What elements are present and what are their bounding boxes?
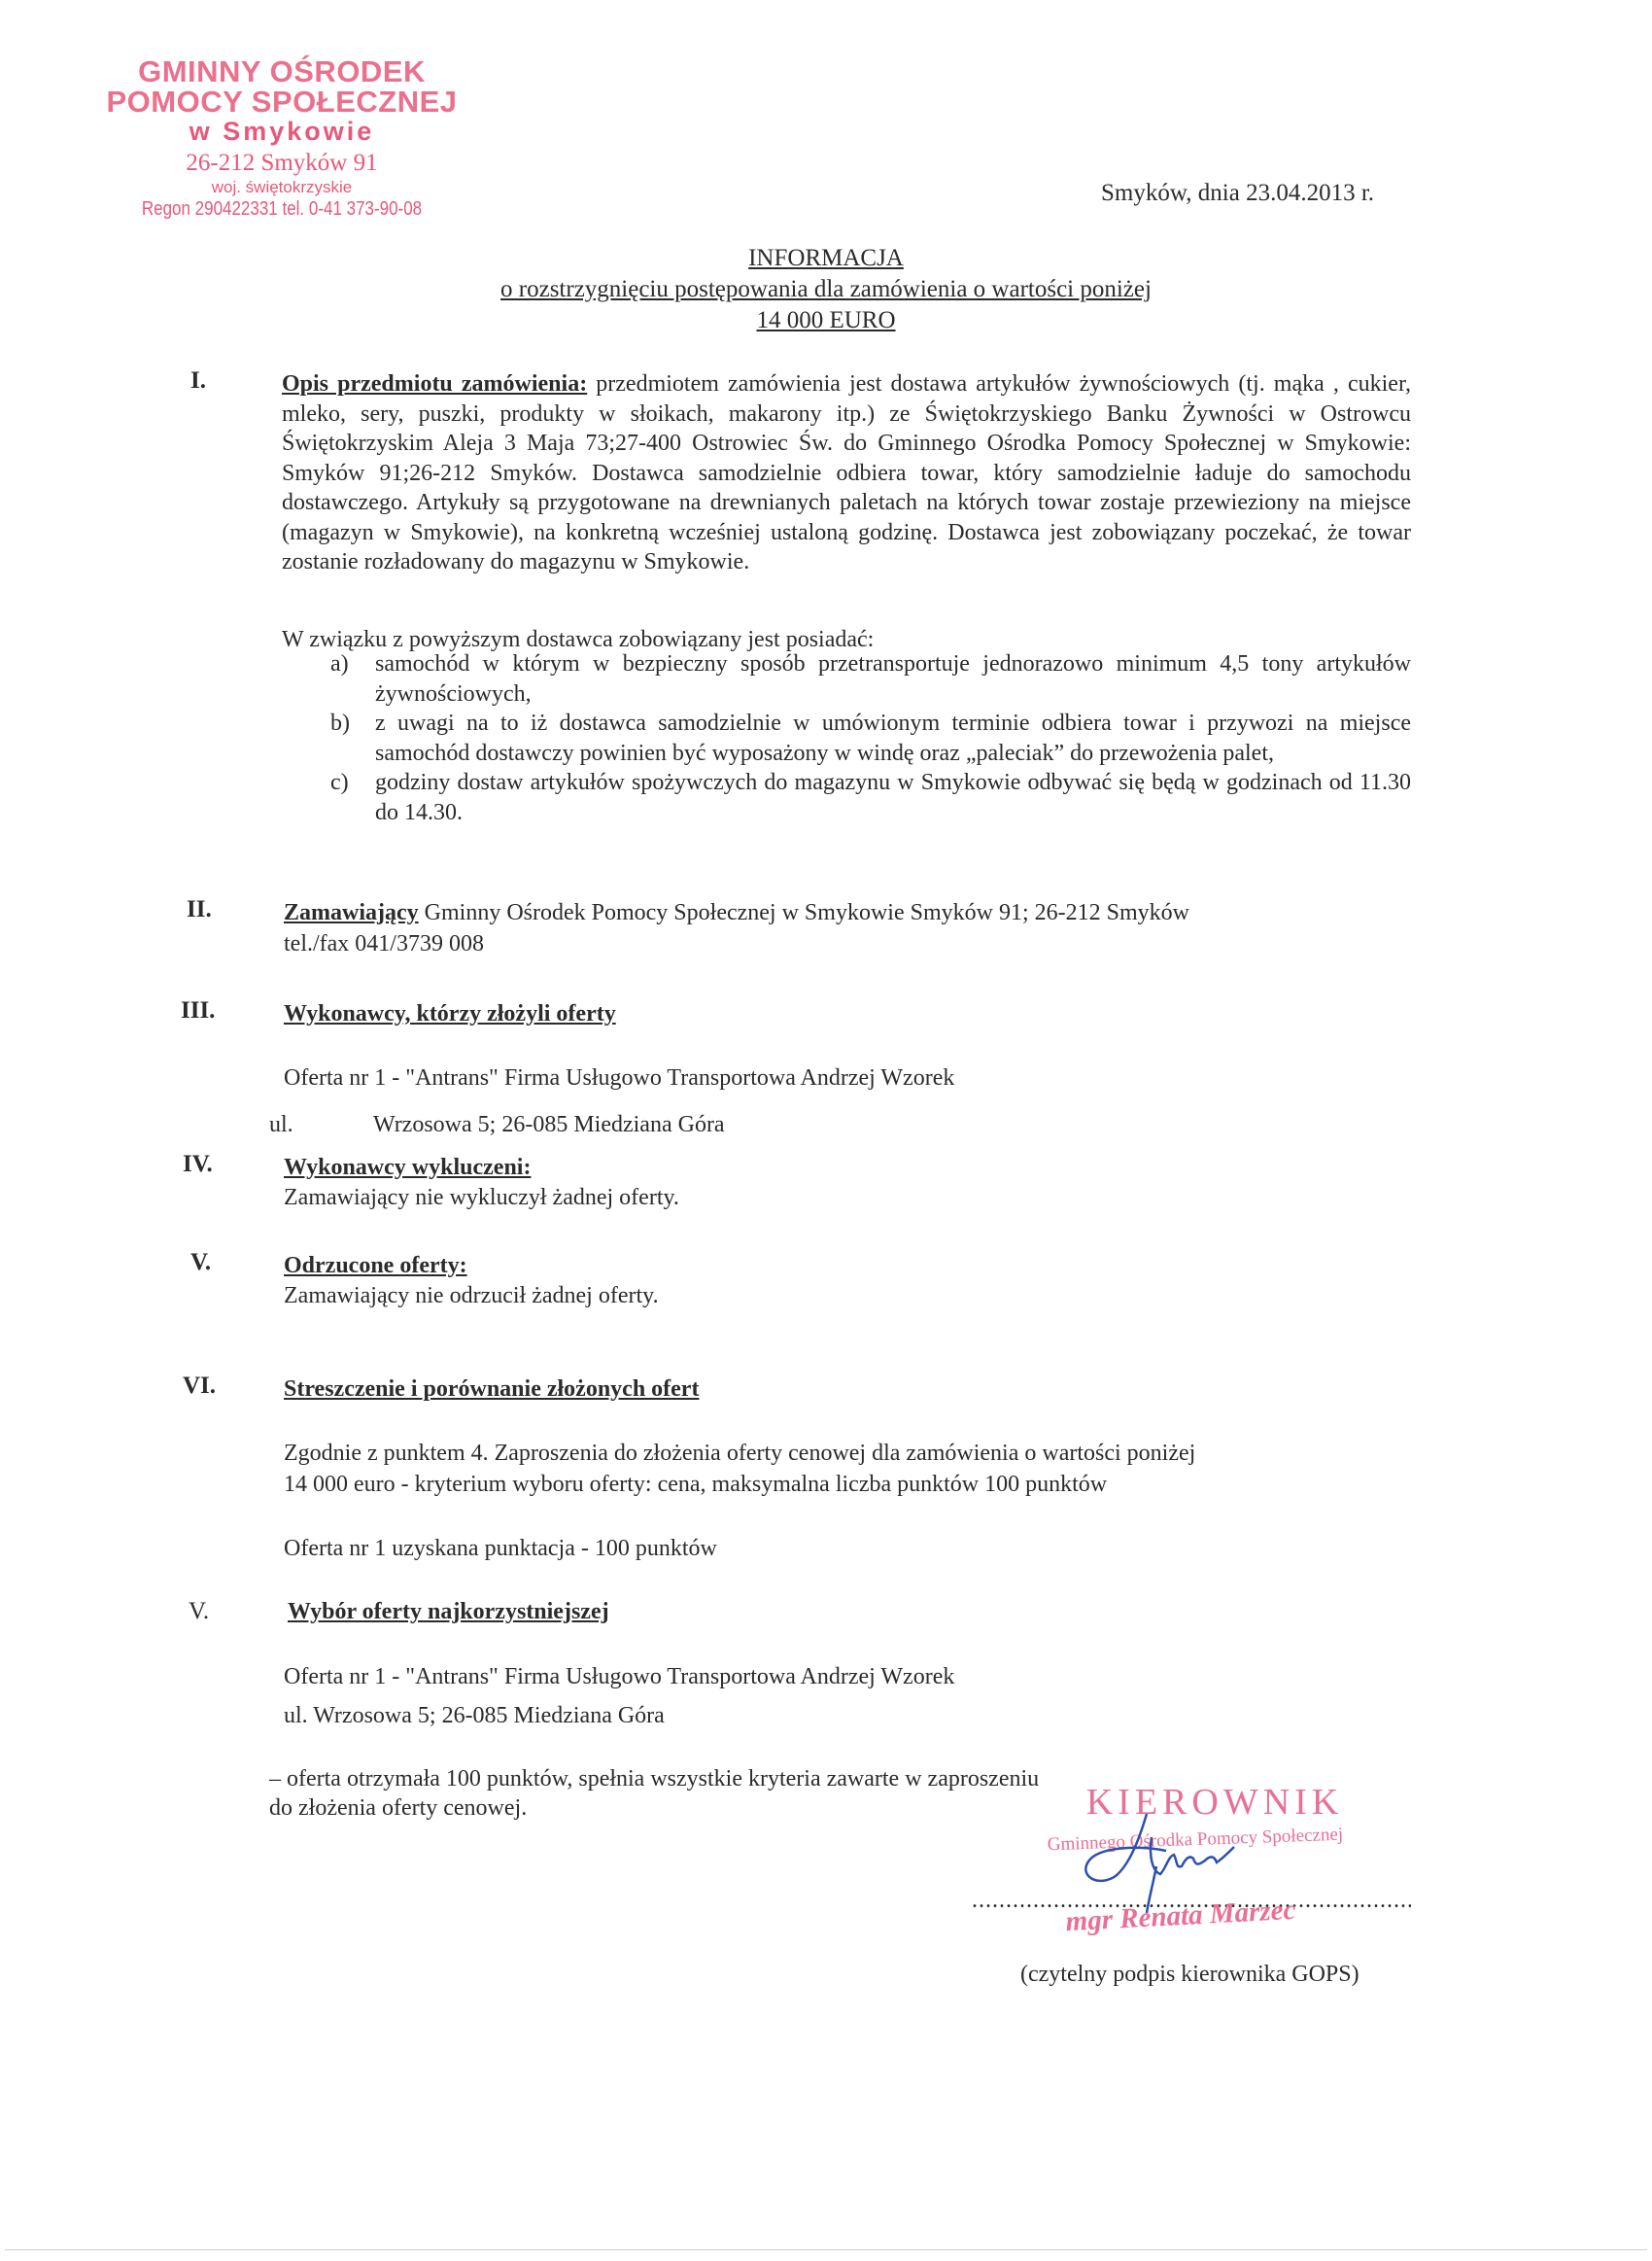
section-7-street: ul. Wrzosowa 5; 26-085 Miedziana Góra (284, 1701, 665, 1731)
list-item-text: z uwagi na to iż dostawca samodzielnie w… (375, 711, 1411, 766)
section-7-heading: Wybór oferty najkorzystniejszej (288, 1597, 609, 1627)
list-marker: a) (330, 649, 349, 679)
section-6-text-2: 14 000 euro - kryterium wyboru oferty: c… (284, 1470, 1107, 1500)
list-item-text: samochód w którym w bezpieczny sposób pr… (375, 651, 1411, 707)
stamp-region: woj. świętokrzyskie (87, 179, 476, 195)
list-item: a)samochód w którym w bezpieczny sposób … (330, 649, 1411, 709)
section-2-heading: Zamawiający (284, 900, 419, 925)
section-4-numeral: IV. (183, 1151, 213, 1178)
section-5-numeral: V. (190, 1249, 211, 1276)
section-3-heading: Wykonawcy, którzy złożyli oferty (284, 999, 616, 1029)
section-3-street-prefix: ul. (269, 1110, 293, 1140)
stamp-line-1: GMINNY OŚRODEK (87, 56, 476, 87)
requirements-list: a)samochód w którym w bezpieczny sposób … (330, 649, 1411, 827)
stamp-regon-phone: Regon 290422331 tel. 0-41 373-90-08 (117, 199, 447, 219)
section-2-numeral: II. (187, 896, 212, 923)
section-3-street: Wrzosowa 5; 26-085 Miedziana Góra (373, 1110, 725, 1140)
section-2-body: Zamawiający Gminny Ośrodek Pomocy Społec… (284, 898, 1189, 928)
list-item: b)z uwagi na to iż dostawca samodzielnie… (330, 709, 1411, 768)
section-1-heading: Opis przedmiotu zamówienia: (282, 371, 587, 397)
section-7-offer: Oferta nr 1 - "Antrans" Firma Usługowo T… (284, 1662, 954, 1692)
stamp-address: 26-212 Smyków 91 (87, 151, 476, 175)
section-6-numeral: VI. (183, 1373, 216, 1400)
section-6-score: Oferta nr 1 uzyskana punktacja - 100 pun… (284, 1534, 717, 1564)
stamp-line-2: POMOCY SPOŁECZNEJ (87, 87, 476, 117)
section-5-heading: Odrzucone oferty: (284, 1251, 467, 1281)
title-line-3: 14 000 EURO (756, 307, 895, 333)
title-line-2: o rozstrzygnięciu postępowania dla zamów… (500, 276, 1152, 302)
section-2-text: Gminny Ośrodek Pomocy Społecznej w Smyko… (419, 900, 1189, 925)
section-1-numeral: I. (190, 367, 206, 395)
section-1-body: Opis przedmiotu zamówienia: przedmiotem … (282, 369, 1411, 577)
section-7-conclusion-1: – oferta otrzymała 100 punktów, spełnia … (269, 1764, 1039, 1794)
section-5-text: Zamawiający nie odrzucił żadnej oferty. (284, 1281, 659, 1311)
signature-caption: (czytelny podpis kierownika GOPS) (1020, 1960, 1359, 1990)
document-date: Smyków, dnia 23.04.2013 r. (1101, 180, 1374, 207)
list-marker: c) (330, 768, 349, 798)
section-4-heading: Wykonawcy wykluczeni: (284, 1153, 531, 1183)
document-title: INFORMACJA o rozstrzygnięciu postępowani… (0, 243, 1652, 336)
section-3-offer: Oferta nr 1 - "Antrans" Firma Usługowo T… (284, 1063, 954, 1094)
section-2-phone: tel./fax 041/3739 008 (284, 929, 484, 959)
section-7-conclusion-2: do złożenia oferty cenowej. (269, 1793, 527, 1824)
title-line-1: INFORMACJA (748, 245, 904, 271)
section-1-text: przedmiotem zamówienia jest dostawa arty… (282, 371, 1411, 574)
list-item: c)godziny dostaw artykułów spożywczych d… (330, 768, 1411, 827)
organization-stamp: GMINNY OŚRODEK POMOCY SPOŁECZNEJ w Smyko… (87, 56, 476, 219)
stamp-line-3: w Smykowie (87, 119, 476, 145)
section-3-numeral: III. (181, 997, 215, 1025)
section-4-text: Zamawiający nie wykluczył żadnej oferty. (284, 1183, 679, 1213)
list-item-text: godziny dostaw artykułów spożywczych do … (375, 770, 1411, 825)
section-6-text-1: Zgodnie z punktem 4. Zaproszenia do złoż… (284, 1439, 1195, 1469)
section-7-numeral: V. (189, 1597, 209, 1627)
section-6-heading: Streszczenie i porównanie złożonych ofer… (284, 1374, 699, 1405)
list-marker: b) (330, 709, 350, 739)
page-edge-line (5, 2249, 1647, 2250)
